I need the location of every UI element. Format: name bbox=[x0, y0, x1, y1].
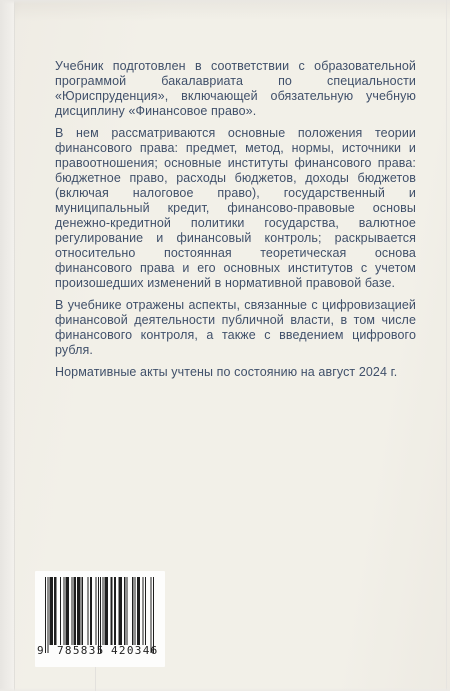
barcode-bars bbox=[45, 577, 154, 653]
isbn-digit-group-right: 420346 bbox=[111, 644, 159, 658]
paragraph-contents: В нем рассматриваются основные положения… bbox=[55, 126, 416, 291]
page-edge-right bbox=[446, 0, 447, 691]
barcode-svg bbox=[45, 577, 154, 653]
annotation-text: Учебник подготовлен в соответствии с обр… bbox=[55, 59, 416, 387]
isbn-barcode: 9 785835 420346 bbox=[35, 571, 165, 667]
paragraph-legal-acts-date: Нормативные акты учтены по состоянию на … bbox=[55, 365, 416, 380]
isbn-digit-group-left: 785835 bbox=[57, 644, 105, 658]
page-edge-left bbox=[0, 0, 15, 691]
paper-crease bbox=[95, 667, 96, 691]
page-edge-top bbox=[0, 0, 450, 4]
isbn-digits: 9 785835 420346 bbox=[45, 644, 157, 660]
paragraph-program: Учебник подготовлен в соответствии с обр… bbox=[55, 59, 416, 119]
paragraph-digitalization: В учебнике отражены аспекты, связанные с… bbox=[55, 298, 416, 358]
book-back-cover: Учебник подготовлен в соответствии с обр… bbox=[0, 0, 450, 691]
isbn-digit-group-first: 9 bbox=[37, 644, 44, 658]
